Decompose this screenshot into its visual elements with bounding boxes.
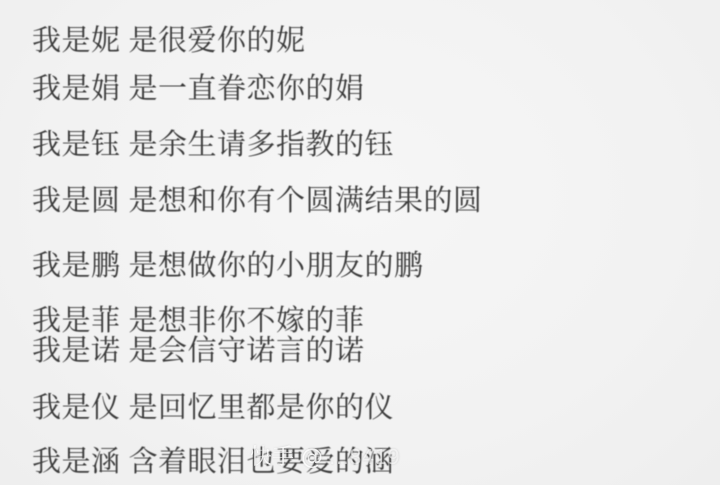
line-prefix: 我是妮 — [32, 23, 121, 57]
line-prefix: 我是菲 — [32, 303, 121, 337]
text-line: 我是圆是想和你有个圆满结果的圆 — [32, 184, 483, 216]
line-text: 是很爱你的妮 — [129, 23, 306, 57]
line-text: 是会信守诺言的诺 — [129, 333, 365, 367]
line-prefix: 我是涵 — [32, 444, 121, 478]
text-line: 我是钰是余生请多指教的钰 — [32, 128, 394, 160]
line-prefix: 我是钰 — [32, 127, 121, 161]
line-prefix: 我是诺 — [32, 333, 121, 367]
text-line: 我是诺是会信守诺言的诺 — [32, 334, 365, 366]
watermark-brand: 快手 — [250, 445, 294, 470]
line-text: 是想和你有个圆满结果的圆 — [129, 183, 483, 217]
text-line: 我是菲是想非你不嫁的菲 — [32, 304, 365, 336]
line-prefix: 我是圆 — [32, 183, 121, 217]
text-line: 我是娟是一直眷恋你的娟 — [32, 72, 365, 104]
line-text: 是想做你的小朋友的鹏 — [129, 248, 424, 282]
watermark-id: …8419 — [329, 445, 400, 469]
line-text: 是想非你不嫁的菲 — [129, 303, 365, 337]
watermark-handle: @ — [301, 445, 323, 470]
line-text: 是一直眷恋你的娟 — [129, 71, 365, 105]
line-text: 是余生请多指教的钰 — [129, 127, 395, 161]
text-image: 我是妮是很爱你的妮 我是娟是一直眷恋你的娟 我是钰是余生请多指教的钰 我是圆是想… — [0, 0, 720, 485]
kuaishou-watermark: 快手 @…8419 — [250, 444, 400, 471]
text-line: 我是妮是很爱你的妮 — [32, 24, 306, 56]
text-line: 我是鹏是想做你的小朋友的鹏 — [32, 249, 424, 281]
line-prefix: 我是娟 — [32, 71, 121, 105]
line-prefix: 我是仪 — [32, 390, 121, 424]
line-text: 是回忆里都是你的仪 — [129, 390, 395, 424]
line-prefix: 我是鹏 — [32, 248, 121, 282]
text-line: 我是仪是回忆里都是你的仪 — [32, 391, 394, 423]
